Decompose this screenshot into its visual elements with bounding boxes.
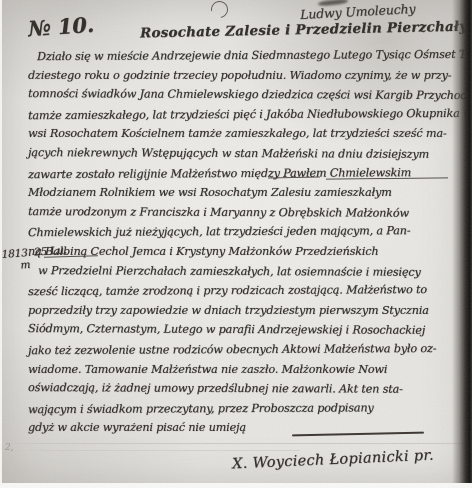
manuscript-line: Chmielewskich już nieżyjących, lat trzyd…: [28, 221, 464, 243]
record-body-text: Działo się w mieście Andrzejewie dnia Si…: [28, 46, 464, 438]
book-gutter-shadow: [452, 0, 472, 488]
manuscript-line: wającym i świadkom przeczytany, przez Pr…: [28, 398, 464, 420]
pencil-mark: 2,: [5, 443, 14, 453]
manuscript-line: ną Balbiną Cechol Jemca i Krystyny Małżo…: [28, 242, 464, 262]
manuscript-line: tomności świadków Jana Chmielewskiego dz…: [28, 84, 464, 105]
manuscript-line: jących niekrewnych Wstępujących w stan M…: [28, 143, 464, 164]
record-header: № 10. Rosochate Zalesie i Przedzielin Pi…: [22, 14, 452, 46]
manuscript-line: tamże urodzonym z Franciszka i Maryanny …: [28, 202, 464, 223]
manuscript-line: w Przedzielni Pierzchałach zamieszkałych…: [28, 261, 464, 282]
faint-ruled-line: [0, 450, 300, 451]
manuscript-line: Działo się w mieście Andrzejewie dnia Si…: [28, 45, 464, 67]
faint-ruled-line: [0, 443, 472, 444]
manuscript-line: wsi Rosochatem Kościelnem tamże zamieszk…: [28, 124, 464, 144]
margin-date-note: 1813. 25 Lu. m: [1, 245, 55, 273]
scanned-manuscript-page: № 10. Rosochate Zalesie i Przedzielin Pi…: [0, 0, 472, 488]
manuscript-line: dziestego roku o godzinie trzeciey popoł…: [28, 66, 464, 86]
manuscript-line: gdyż w akcie wyrażeni pisać nie umieją: [28, 418, 464, 438]
manuscript-line: oświadczają, iż żadnej umowy przedślubne…: [28, 378, 464, 399]
scan-edge-left: [0, 0, 2, 488]
act-title: Rosochate Zalesie i Przedzielin Pierzcha…: [140, 19, 471, 42]
manuscript-line: sześć liczącą, tamże zrodzoną i przy rod…: [28, 280, 464, 302]
scan-edge-bottom: [0, 483, 472, 488]
record-number: № 10.: [27, 12, 95, 42]
manuscript-line: wiadome. Tamowanie Małżeństwa nie zaszło…: [28, 360, 464, 380]
manuscript-line: poprzedziły trzy zapowiedzie w dniach tr…: [28, 301, 464, 321]
manuscript-line: Młodzianem Rolnikiem we wsi Rosochatym Z…: [28, 183, 464, 203]
manuscript-line: zawarte zostało religijnie Małżeństwo mi…: [28, 162, 464, 184]
manuscript-line: Siódmym, Czternastym, Lutego w parafii A…: [28, 319, 464, 340]
manuscript-line: tamże zamieszkałego, lat trzydzieści pię…: [28, 104, 464, 126]
manuscript-line: jako też zezwolenie ustne rodziców obecn…: [28, 339, 464, 361]
